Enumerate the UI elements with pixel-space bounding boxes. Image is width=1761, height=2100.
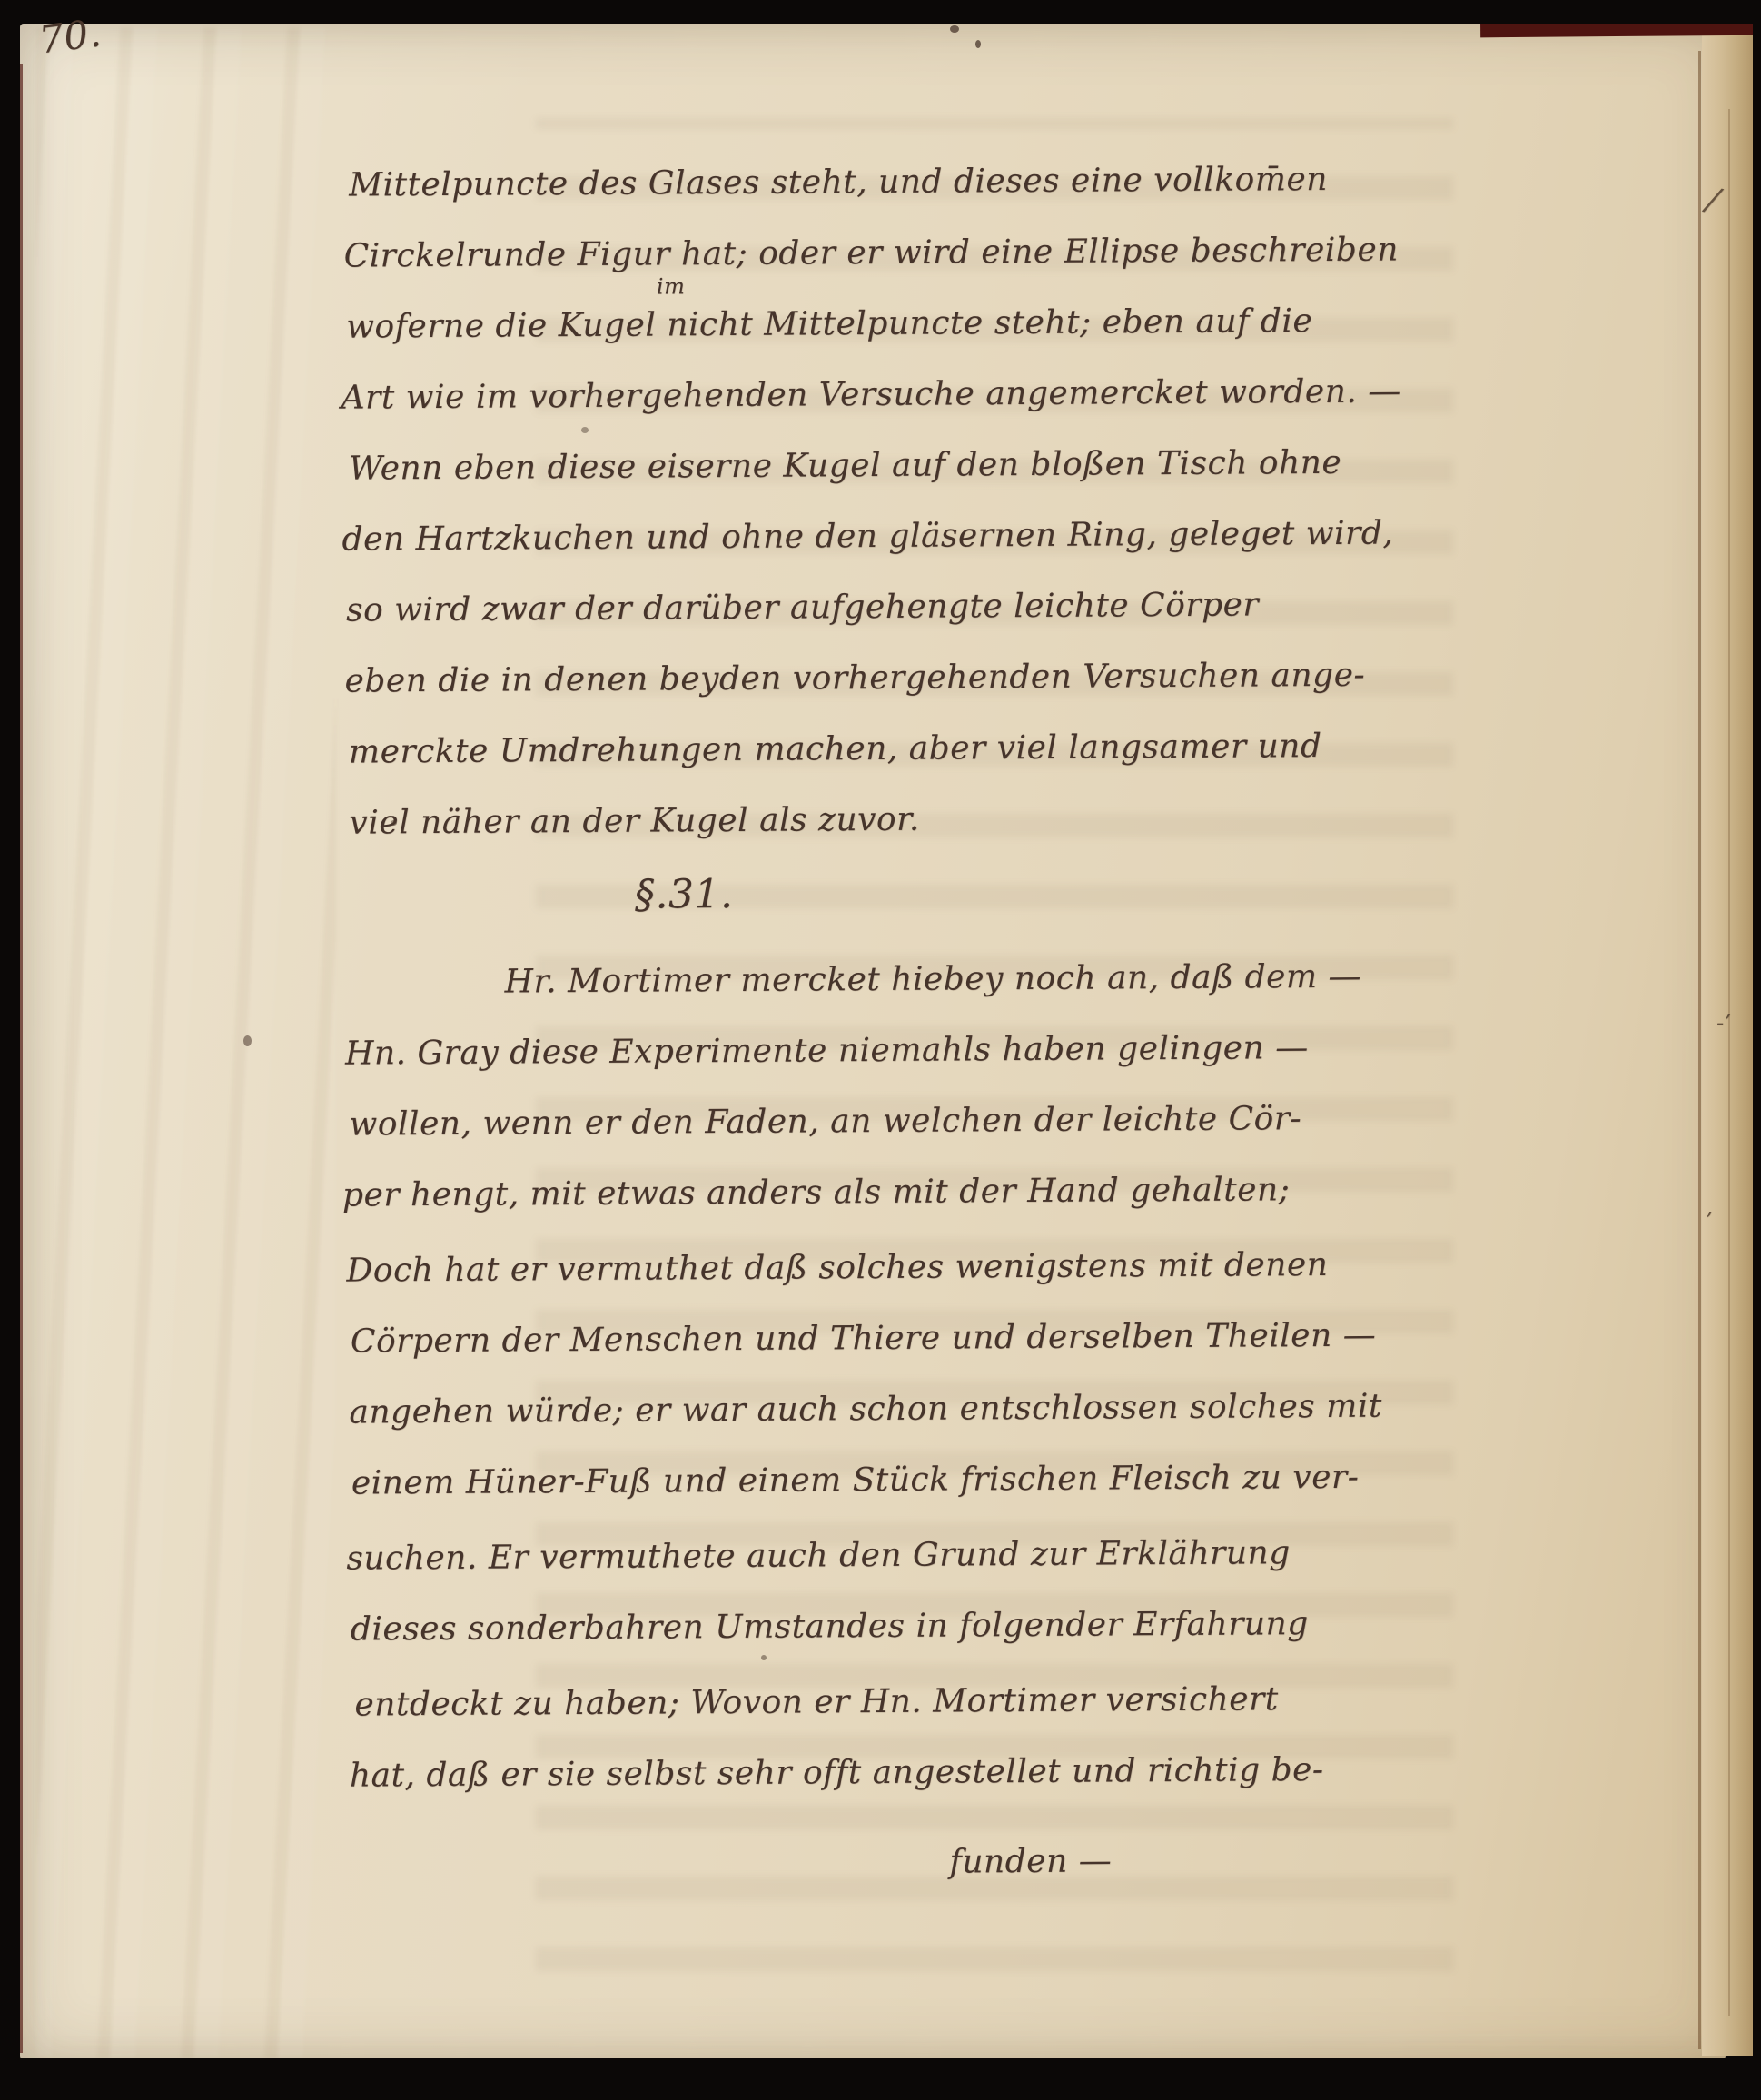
ink-speck [950,25,959,33]
text-line: Circkelrunde Figur hat; oder er wird ein… [344,231,1399,274]
text-line: woferne die Kugel nicht Mittelpuncte ste… [346,302,1312,345]
text-line: dieses sonderbahren Umstandes in folgend… [351,1605,1309,1648]
text-line: hat, daß er sie selbst sehr offt angeste… [350,1751,1324,1795]
ink-speck [243,1035,252,1046]
text-line: suchen. Er vermuthete auch den Grund zur… [346,1534,1291,1577]
text-line: Wenn eben diese eiserne Kugel auf den bl… [349,444,1341,488]
text-line: Mittelpuncte des Glases steht, und diese… [349,161,1328,204]
handwritten-text-block: 70. Mittelpuncte des Glases steht, und d… [0,0,1761,2100]
text-line: Art wie im vorhergehenden Versuche angem… [341,372,1400,416]
text-line: Cörpern der Menschen und Thiere und ders… [351,1317,1376,1361]
text-line: wollen, wenn er den Faden, an welchen de… [349,1100,1301,1143]
text-line: Doch hat er vermuthet daß solches wenigs… [346,1246,1328,1290]
text-line: so wird zwar der darüber aufgehengte lei… [346,586,1259,629]
catchword: funden — [949,1842,1112,1880]
text-line: per hengt, mit etwas anders als mit der … [342,1171,1291,1213]
section-heading: §.31. [635,871,734,918]
text-line: eben die in denen beyden vorhergehenden … [344,657,1365,700]
text-line: den Hartzkuchen und ohne den gläsernen R… [341,515,1393,559]
text-line: angehen würde; er war auch schon entschl… [349,1388,1382,1431]
manuscript-scan: / -’ ’ 70. Mittelpuncte des Glases steht… [0,0,1761,2100]
text-line: einem Hüner-Fuß und einem Stück frischen… [351,1459,1360,1502]
ink-speck [391,820,397,826]
text-line: Hr. Mortimer mercket hiebey noch an, daß… [504,958,1361,1001]
interlinear-insertion: im [657,273,686,299]
text-line: Hn. Gray diese Experimente niemahls habe… [345,1029,1309,1072]
text-line: viel näher an der Kugel als zuvor. [349,801,920,842]
ink-speck [581,427,589,433]
ink-speck [975,40,981,48]
text-line: entdeckt zu haben; Wovon er Hn. Mortimer… [354,1680,1279,1723]
text-line: merckte Umdrehungen machen, aber viel la… [349,728,1322,771]
folio-number: 70. [36,10,104,62]
ink-speck [761,1655,767,1660]
